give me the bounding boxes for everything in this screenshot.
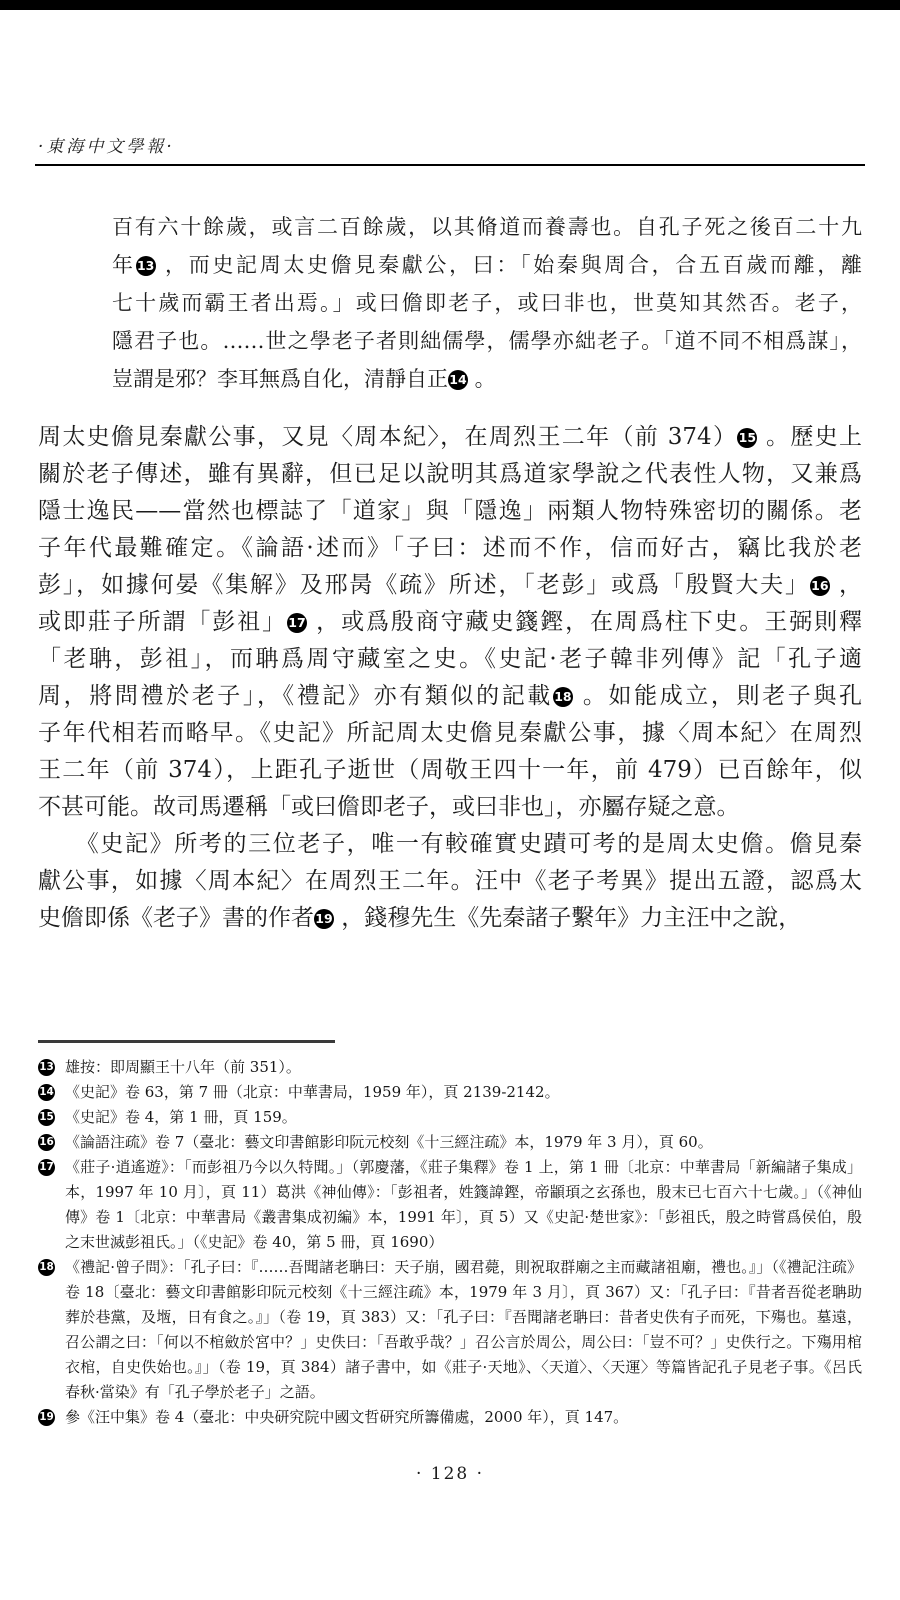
- body-line: 周，將問禮於老子」，《禮記》亦有類似的記載18 。如能成立，則老子與孔: [38, 678, 862, 715]
- body-line: 或即莊子所謂「彭祖」17 ，或爲殷商守藏史籛鏗，在周爲柱下史。王弼則釋: [38, 604, 862, 641]
- footnote: 18 《禮記·曾子問》：「孔子曰：『……吾聞諸老聃曰：天子崩，國君薨，則祝取群廟…: [38, 1255, 862, 1405]
- journal-title: ·東海中文學報·: [38, 132, 862, 157]
- footnote-text: 《史記》卷 4，第 1 冊，頁 159。: [65, 1108, 297, 1126]
- footnote-ref-marker: 18: [553, 687, 573, 707]
- footnote: 15 《史記》卷 4，第 1 冊，頁 159。: [38, 1105, 862, 1130]
- body-line: 不甚可能。故司馬遷稱「或曰儋即老子，或曰非也」，亦屬存疑之意。: [38, 789, 862, 826]
- quote-line: 隱君子也。……世之學老子者則絀儒學，儒學亦絀老子。「道不同不相爲謀」，: [112, 322, 862, 360]
- footnote: 14 《史記》卷 63，第 7 冊（北京：中華書局，1959 年），頁 2139…: [38, 1080, 862, 1105]
- body-line: 隱士逸民——當然也標誌了「道家」與「隱逸」兩類人物特殊密切的關係。老: [38, 493, 862, 530]
- body-line: 史儋即係《老子》書的作者19 ，錢穆先生《先秦諸子繫年》力主汪中之說，: [38, 900, 862, 937]
- footnote-ref-marker: 15: [737, 428, 757, 448]
- header-rule: [35, 164, 865, 166]
- footnote-ref-marker: 19: [314, 909, 334, 929]
- footnote-separator: [38, 1040, 335, 1043]
- footnote-number-badge: 18: [38, 1259, 55, 1276]
- quote-line: 豈謂是邪？李耳無爲自化，清靜自正14 。: [112, 360, 862, 398]
- top-black-bar: [0, 0, 900, 10]
- footnote-ref-marker: 17: [287, 613, 307, 633]
- footnote-number-badge: 19: [38, 1409, 55, 1426]
- footnote-ref-marker: 14: [448, 370, 468, 390]
- footnote: 16 《論語注疏》卷 7（臺北：藝文印書館影印阮元校刻《十三經注疏》本，1979…: [38, 1130, 862, 1155]
- quote-line: 百有六十餘歲，或言二百餘歲，以其脩道而養壽也。自孔子死之後百二十九: [112, 208, 862, 246]
- page-number: · 128 ·: [0, 1464, 900, 1484]
- footnote-text: 《禮記·曾子問》：「孔子曰：『……吾聞諸老聃曰：天子崩，國君薨，則祝取群廟之主而…: [65, 1258, 862, 1401]
- quote-line: 年13 ，而史記周太史儋見秦獻公，曰：「始秦與周合，合五百歲而離，離: [112, 246, 862, 284]
- body-line: 子年代最難確定。《論語·述而》「子曰：述而不作，信而好古，竊比我於老: [38, 530, 862, 567]
- footnote-ref-marker: 16: [810, 576, 830, 596]
- body-line: 周太史儋見秦獻公事，又見〈周本紀〉，在周烈王二年（前 374）15 。歷史上: [38, 419, 862, 456]
- body-line: 王二年（前 374），上距孔子逝世（周敬王四十一年，前 479）已百餘年，似: [38, 752, 862, 789]
- block-quote: 百有六十餘歲，或言二百餘歲，以其脩道而養壽也。自孔子死之後百二十九 年13 ，而…: [112, 208, 862, 398]
- body-line: 子年代相若而略早。《史記》所記周太史儋見秦獻公事，據〈周本紀〉在周烈: [38, 715, 862, 752]
- body-line: 「老聃，彭祖」，而聃爲周守藏室之史。《史記·老子韓非列傳》記「孔子適: [38, 641, 862, 678]
- body-line: 關於老子傳述，雖有異辭，但已足以說明其爲道家學說之代表性人物，又兼爲: [38, 456, 862, 493]
- footnote-text: 《史記》卷 63，第 7 冊（北京：中華書局，1959 年），頁 2139-21…: [65, 1083, 560, 1101]
- body-paragraph-1: 周太史儋見秦獻公事，又見〈周本紀〉，在周烈王二年（前 374）15 。歷史上 關…: [38, 419, 862, 826]
- footnote-text: 參《汪中集》卷 4（臺北：中央研究院中國文哲研究所籌備處，2000 年），頁 1…: [65, 1408, 628, 1426]
- body-line: 獻公事，如據〈周本紀〉在周烈王二年。汪中《老子考異》提出五證，認爲太: [38, 863, 862, 900]
- running-head: ·東海中文學報·: [38, 132, 862, 157]
- footnote: 13 雄按：即周顯王十八年（前 351）。: [38, 1055, 862, 1080]
- footnote-text: 《莊子·逍遙遊》：「而彭祖乃今以久特聞。」（郭慶藩，《莊子集釋》卷 1 上，第 …: [65, 1158, 862, 1251]
- footnote: 17 《莊子·逍遙遊》：「而彭祖乃今以久特聞。」（郭慶藩，《莊子集釋》卷 1 上…: [38, 1155, 862, 1255]
- footnote-number-badge: 14: [38, 1084, 55, 1101]
- footnotes-section: 13 雄按：即周顯王十八年（前 351）。 14 《史記》卷 63，第 7 冊（…: [38, 1055, 862, 1430]
- footnote-text: 《論語注疏》卷 7（臺北：藝文印書館影印阮元校刻《十三經注疏》本，1979 年 …: [65, 1133, 713, 1151]
- footnote-number-badge: 16: [38, 1134, 55, 1151]
- footnote-number-badge: 13: [38, 1059, 55, 1076]
- body-line: 《史記》所考的三位老子，唯一有較確實史蹟可考的是周太史儋。儋見秦: [38, 826, 862, 863]
- footnote-number-badge: 15: [38, 1109, 55, 1126]
- body-paragraph-2: 《史記》所考的三位老子，唯一有較確實史蹟可考的是周太史儋。儋見秦 獻公事，如據〈…: [38, 826, 862, 937]
- body-line: 彭」，如據何晏《集解》及邢昺《疏》所述，「老彭」或爲「殷賢大夫」16 ，: [38, 567, 862, 604]
- footnote-number-badge: 17: [38, 1159, 55, 1176]
- footnote-text: 雄按：即周顯王十八年（前 351）。: [65, 1058, 301, 1076]
- footnote-ref-marker: 13: [136, 256, 156, 276]
- journal-page: { "colors": { "ink": "#1b1b1b", "top_bar…: [0, 0, 900, 1600]
- quote-line: 七十歲而霸王者出焉。」或曰儋即老子，或曰非也，世莫知其然否。老子，: [112, 284, 862, 322]
- footnote: 19 參《汪中集》卷 4（臺北：中央研究院中國文哲研究所籌備處，2000 年），…: [38, 1405, 862, 1430]
